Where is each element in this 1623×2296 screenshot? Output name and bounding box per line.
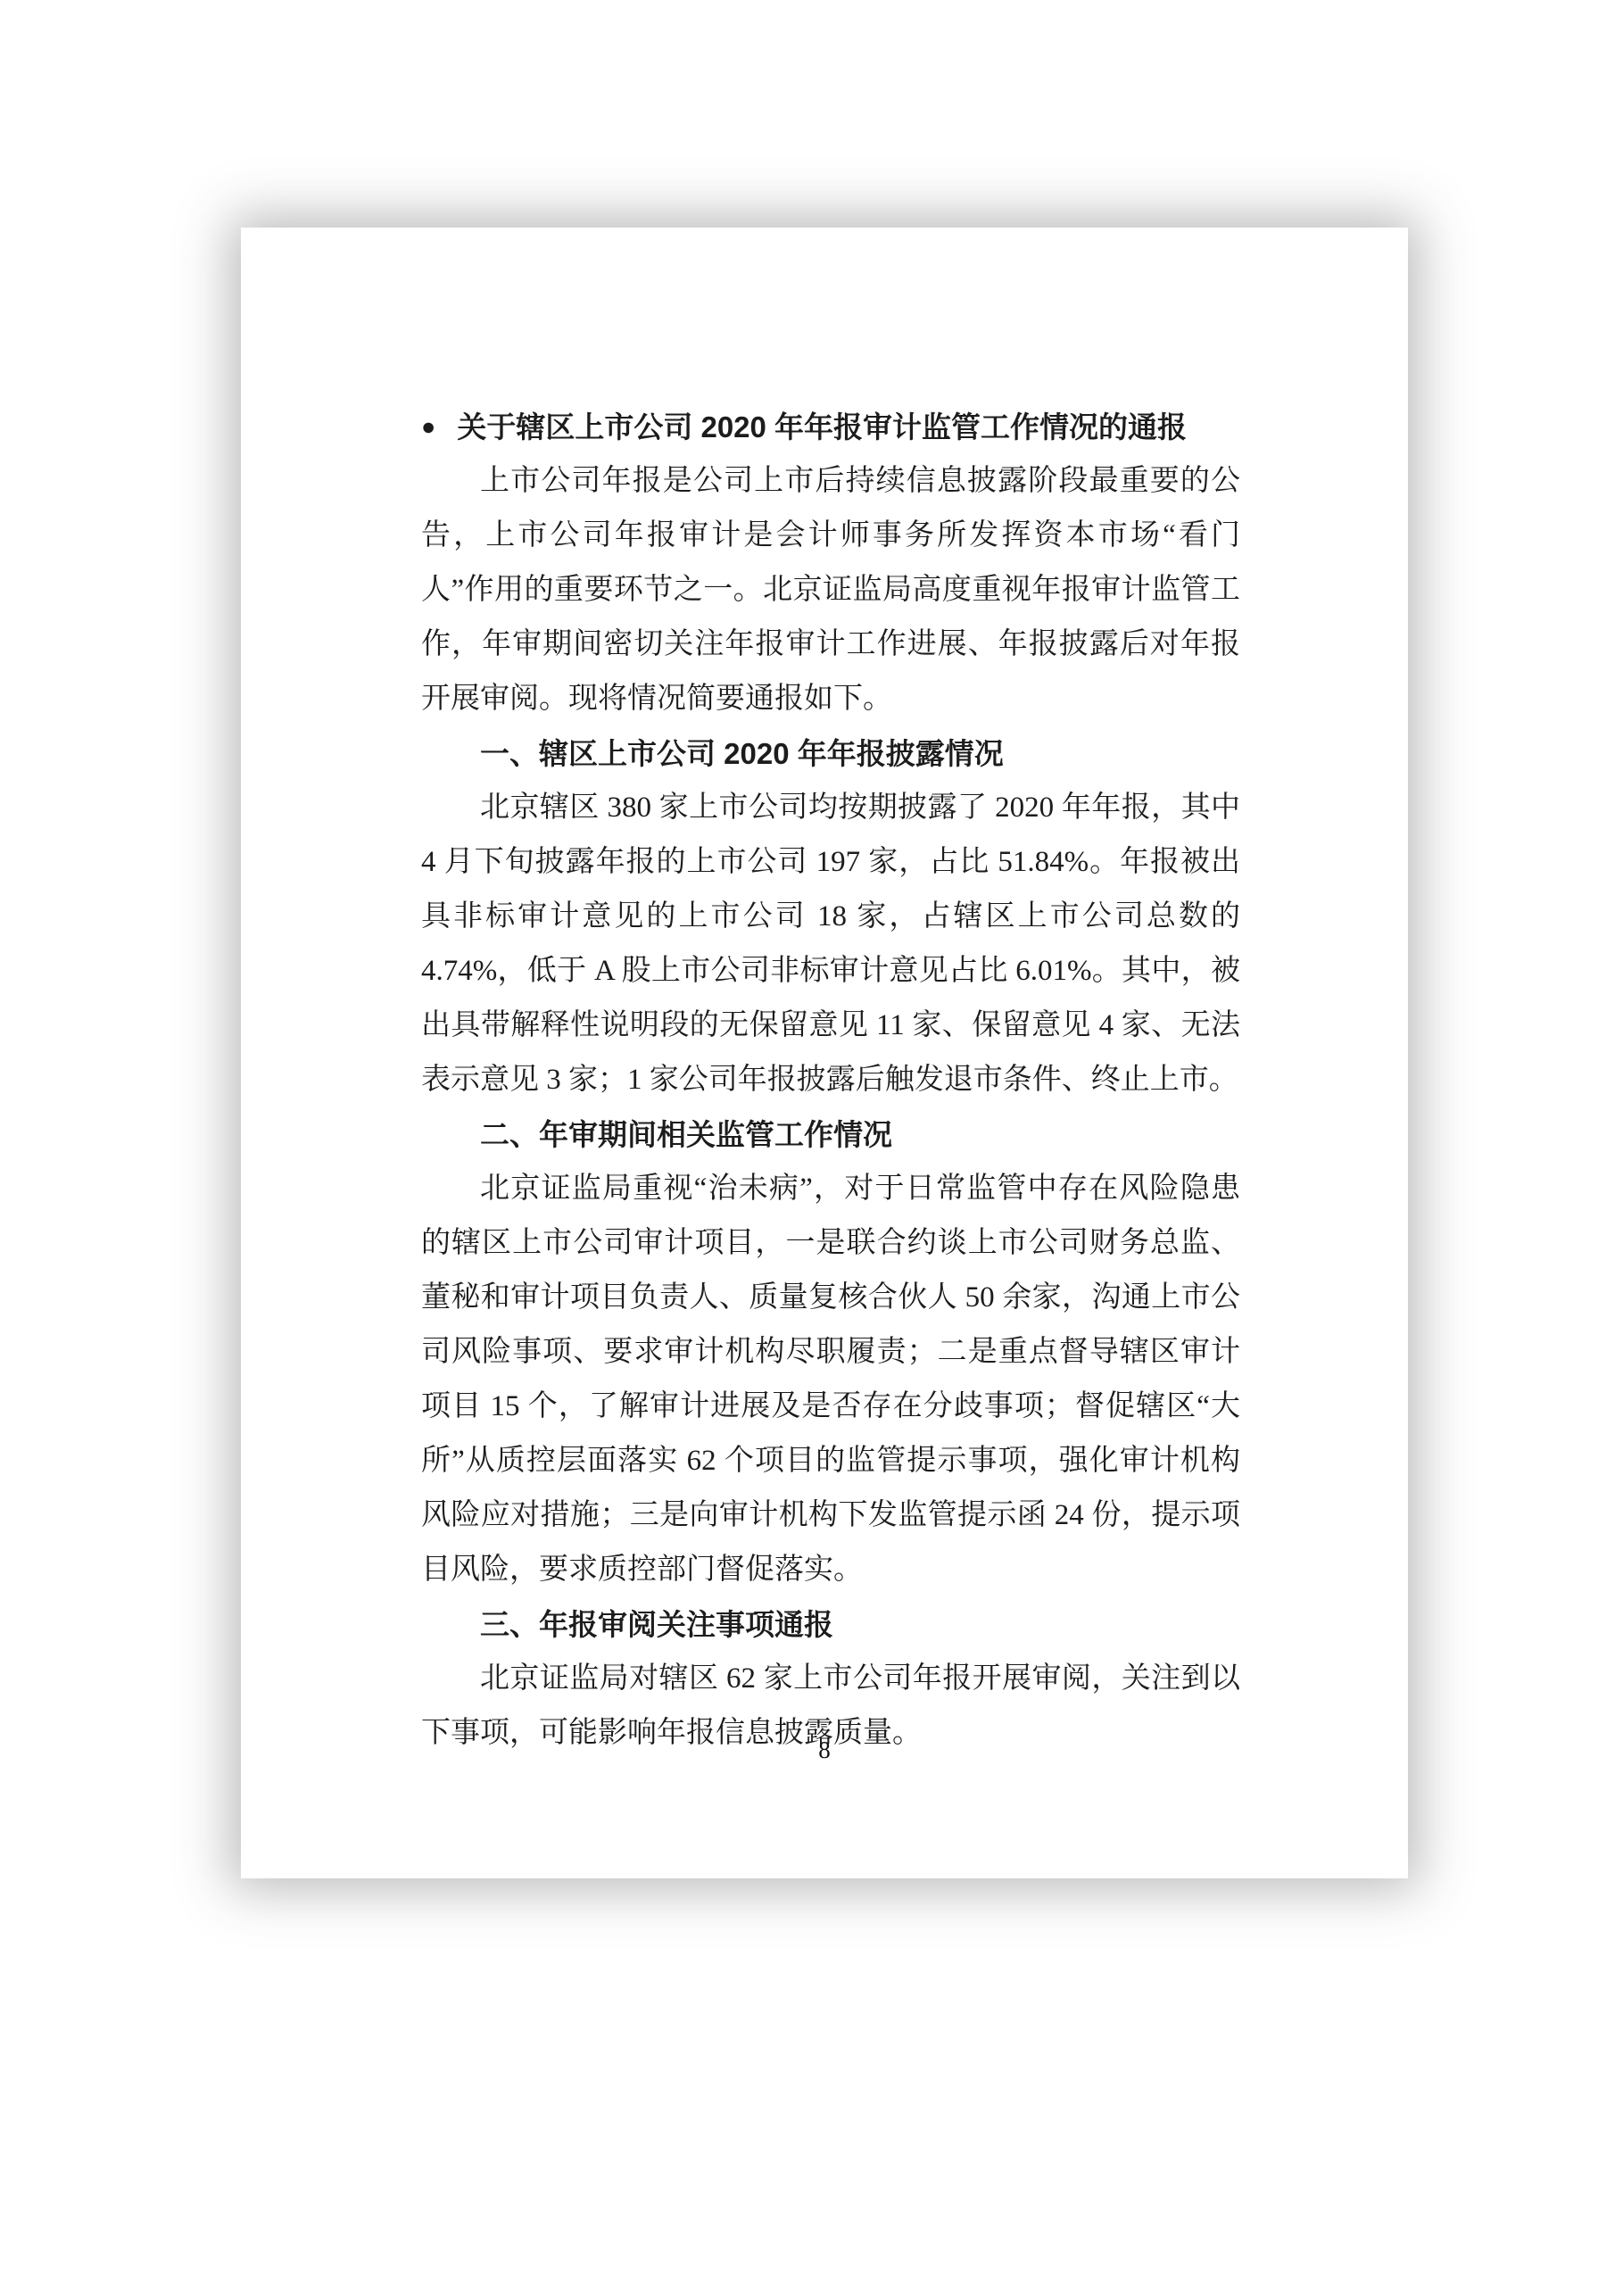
page-content: ● 关于辖区上市公司 2020 年年报审计监管工作情况的通报 上市公司年报是公司… [421,400,1240,1761]
section-2-paragraph: 北京证监局重视“治未病”，对于日常监管中存在风险隐患的辖区上市公司审计项目，一是… [421,1162,1240,1597]
document-page: ● 关于辖区上市公司 2020 年年报审计监管工作情况的通报 上市公司年报是公司… [241,228,1408,1878]
report-title-text: 关于辖区上市公司 2020 年年报审计监管工作情况的通报 [457,400,1187,454]
document-viewer-background: ● 关于辖区上市公司 2020 年年报审计监管工作情况的通报 上市公司年报是公司… [0,0,1623,2296]
section-heading-2: 二、年审期间相关监管工作情况 [421,1107,1240,1162]
bullet-icon: ● [421,400,435,454]
page-number: 8 [241,1737,1408,1764]
intro-paragraph: 上市公司年报是公司上市后持续信息披露阶段最重要的公告，上市公司年报审计是会计师事… [421,454,1240,726]
section-heading-3: 三、年报审阅关注事项通报 [421,1597,1240,1652]
report-title: ● 关于辖区上市公司 2020 年年报审计监管工作情况的通报 [421,400,1240,454]
section-1-paragraph: 北京辖区 380 家上市公司均按期披露了 2020 年年报，其中 4 月下旬披露… [421,781,1240,1107]
section-heading-1: 一、辖区上市公司 2020 年年报披露情况 [421,726,1240,781]
